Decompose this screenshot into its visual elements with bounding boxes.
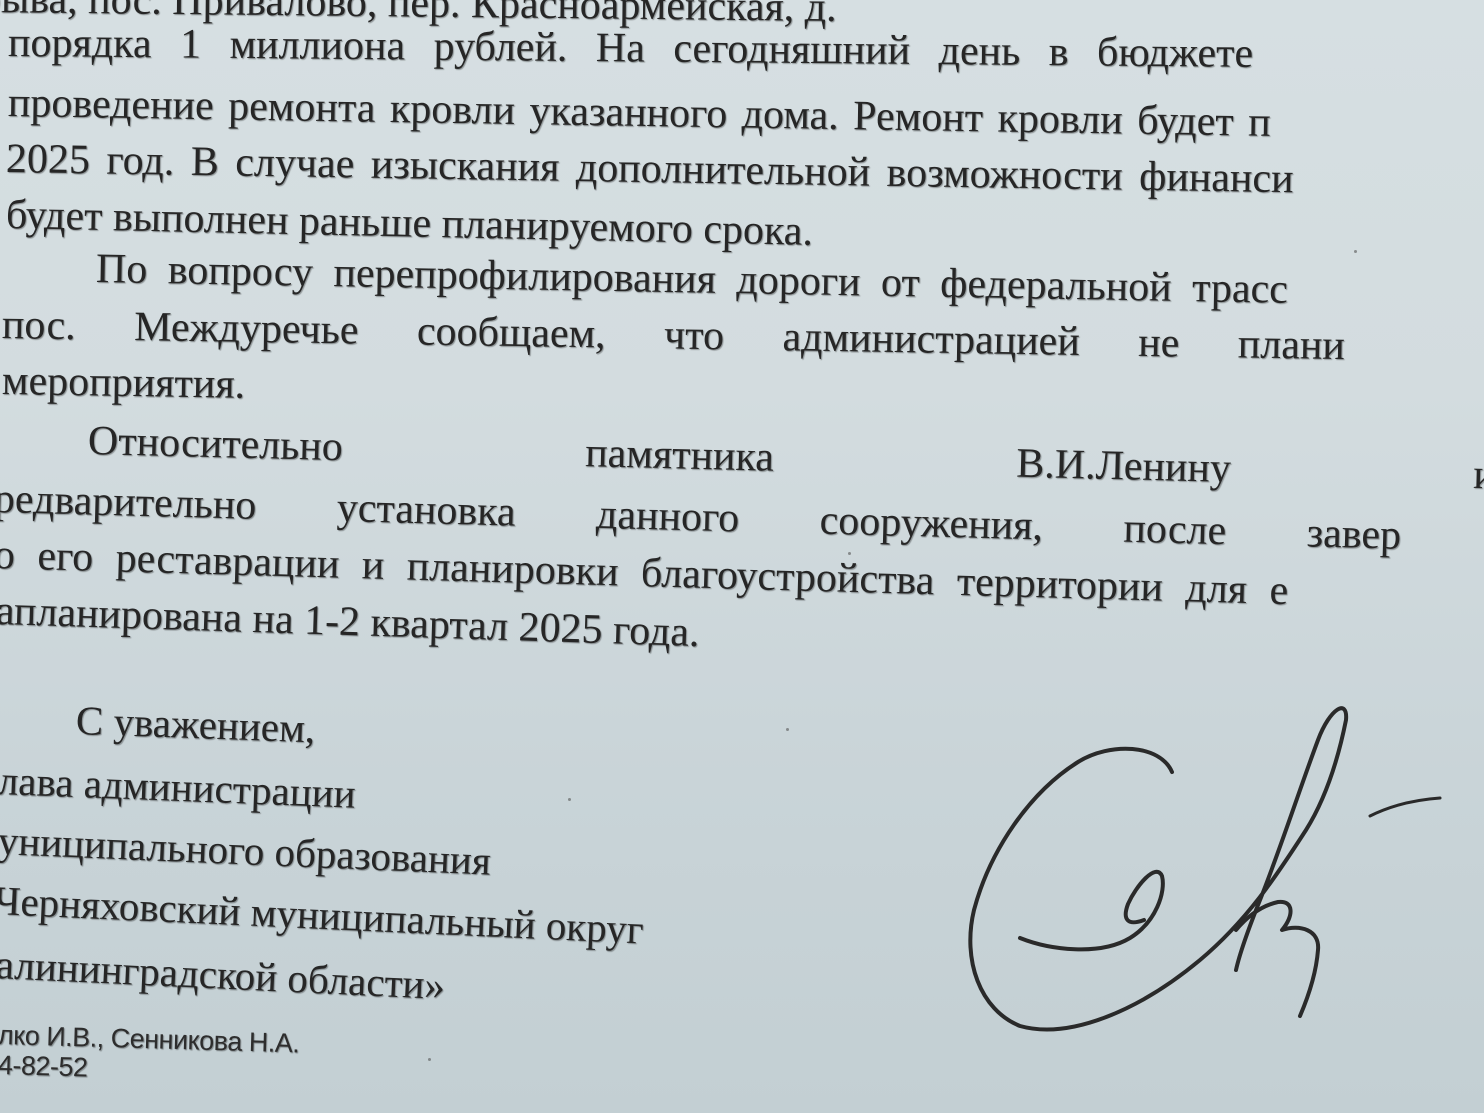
body-line: будет выполнен раньше планируемого срока… <box>6 194 814 253</box>
signatory-title-line: униципального образования <box>0 820 492 882</box>
signatory-title-line: алининградской области» <box>0 944 446 1006</box>
paper-speck <box>568 798 571 801</box>
document-page: рыва, пос. Привалово, пер. Красноармейск… <box>0 0 1484 1113</box>
body-line: апланирована на 1-2 квартал 2025 года. <box>0 590 700 654</box>
body-line: порядка 1 миллиона рублей. На сегодняшни… <box>8 22 1253 75</box>
paper-speck <box>786 728 789 731</box>
signatory-title-line: лава администрации <box>0 760 356 815</box>
body-line: 2025 год. В случае изыскания дополнитель… <box>6 138 1294 200</box>
executor-phone: 4-82-52 <box>0 1052 88 1081</box>
body-line: проведение ремонта кровли указанного дом… <box>8 82 1271 144</box>
paper-speck <box>1354 250 1357 253</box>
body-line-paragraph-start: По вопросу перепрофилирования дороги от … <box>96 248 1289 311</box>
paper-speck <box>428 1058 431 1061</box>
body-line: мероприятия. <box>2 360 246 406</box>
body-line: пос. Междуречье сообщаем, что администра… <box>2 304 1346 367</box>
closing-greeting: С уважением, <box>75 700 316 749</box>
signatory-title-line: Черняховский муниципальный округ <box>0 880 644 950</box>
paper-speck <box>848 552 851 555</box>
handwritten-signature <box>960 680 1460 1040</box>
